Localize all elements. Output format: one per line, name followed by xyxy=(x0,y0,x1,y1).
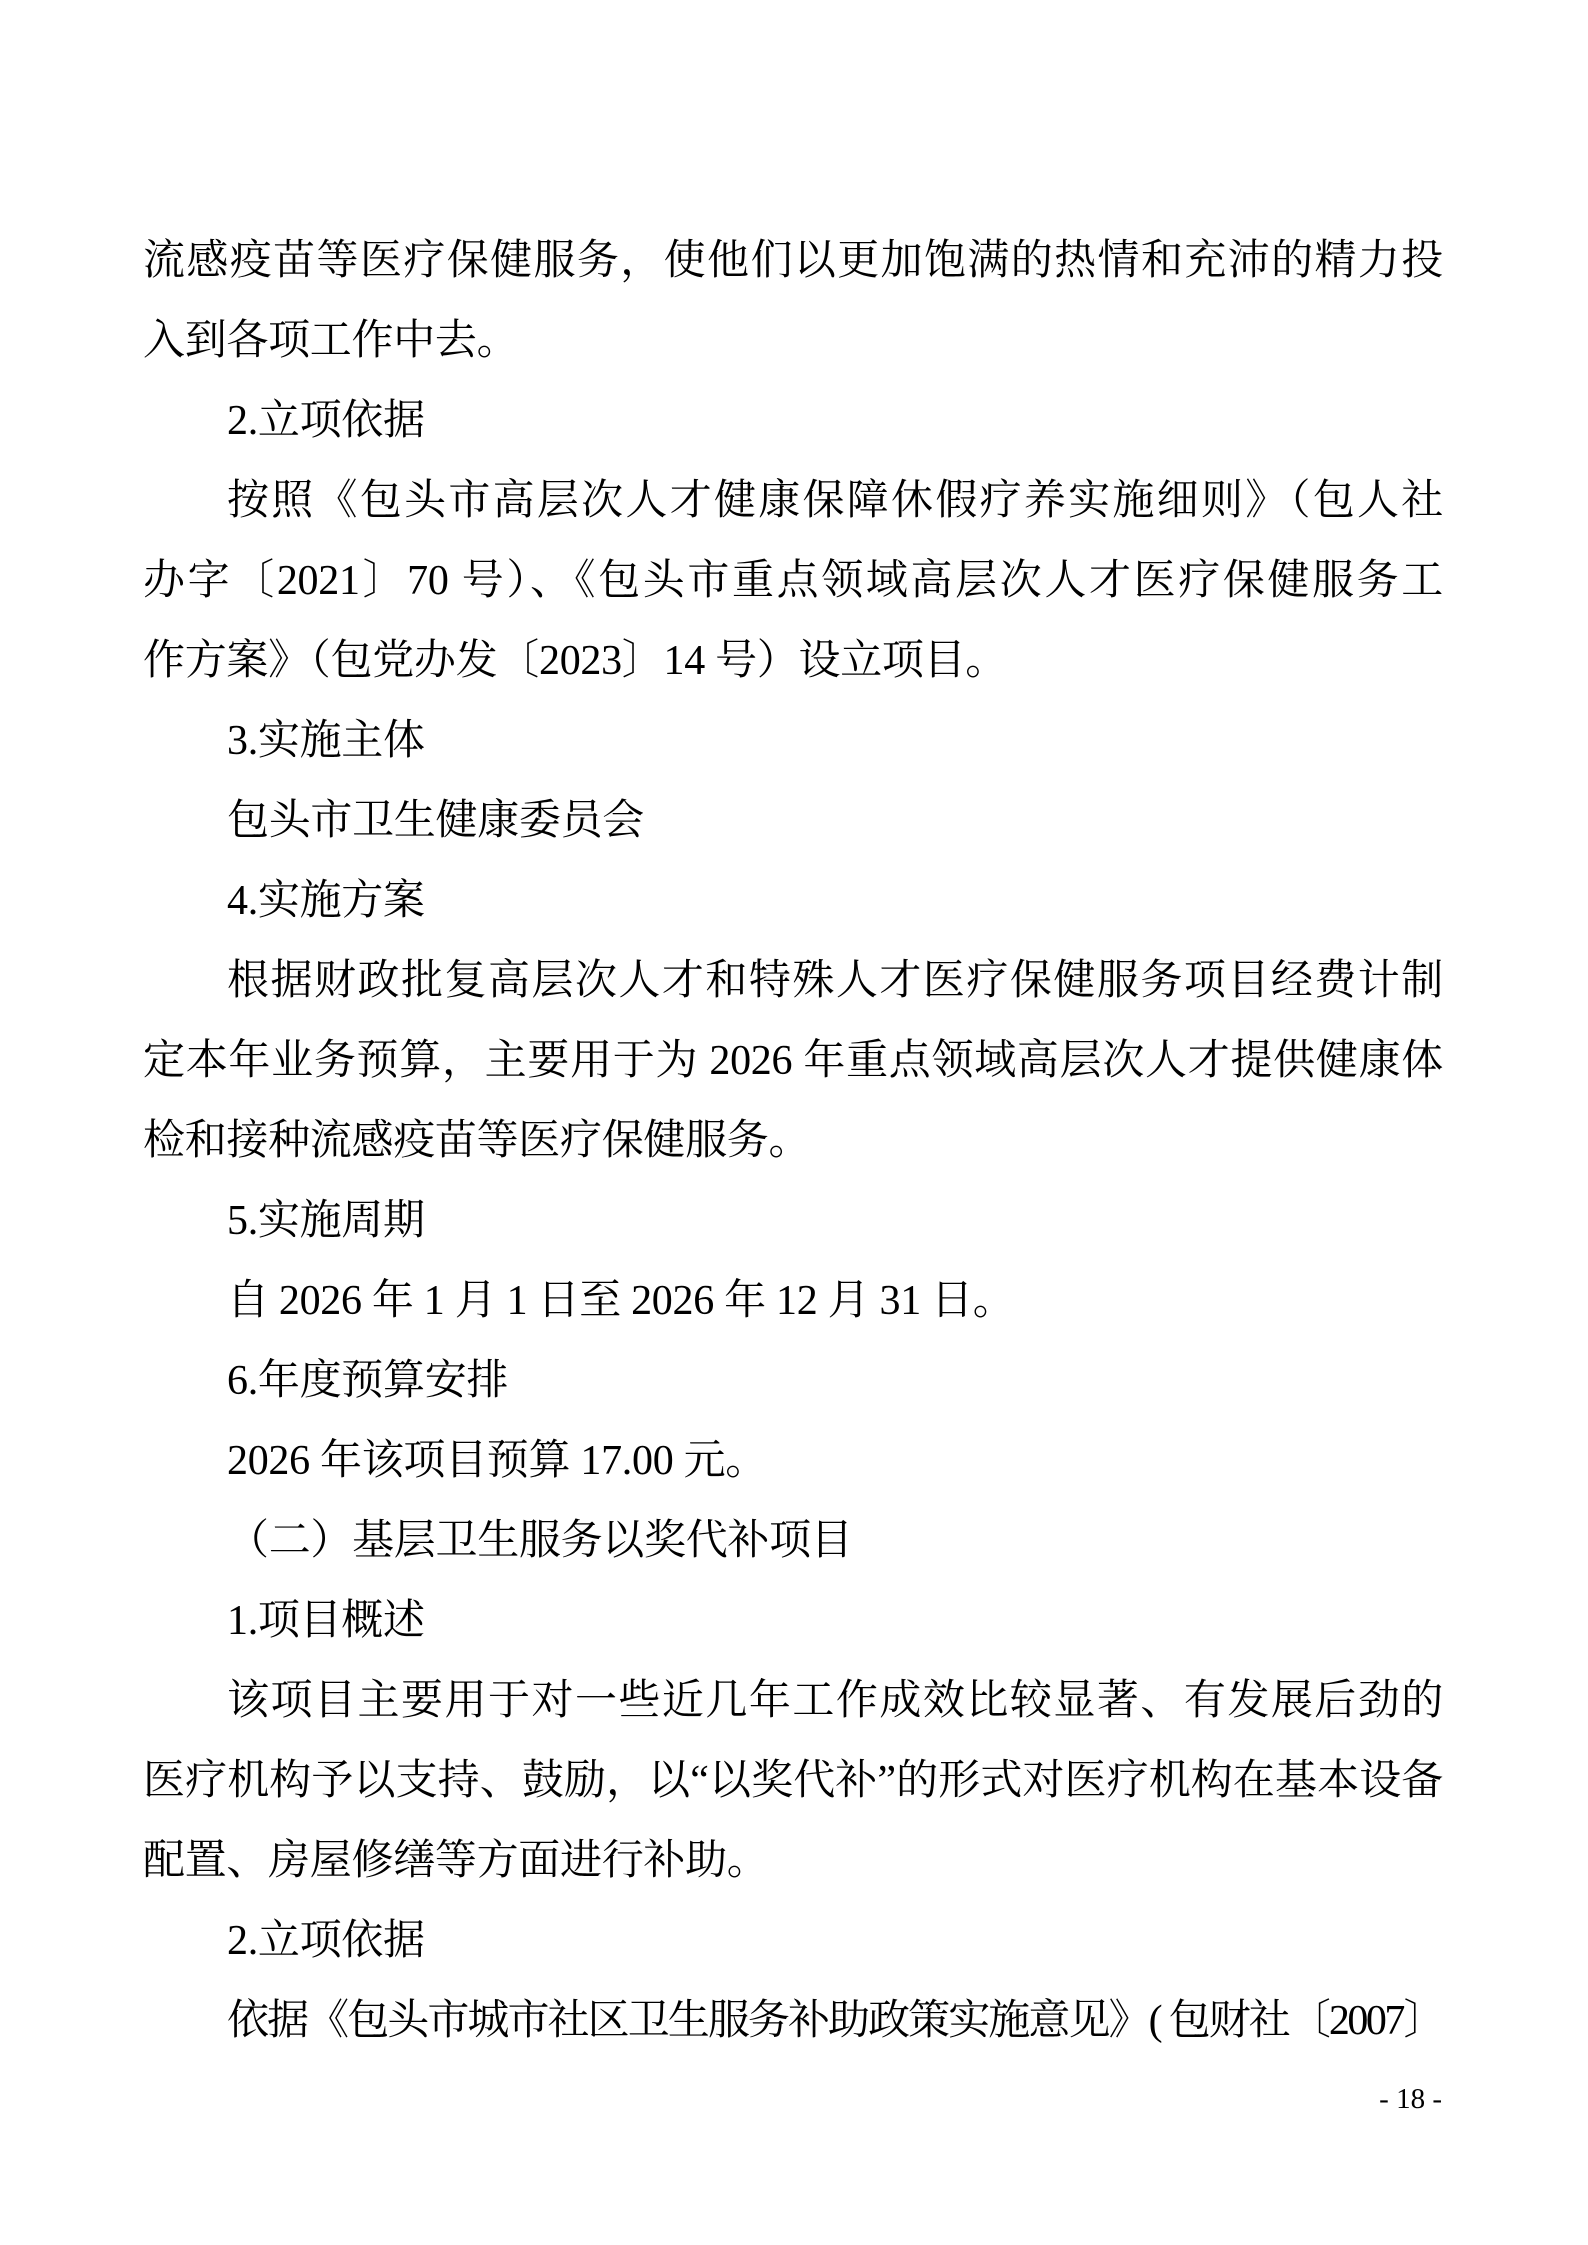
doc-section-heading: （二）基层卫生服务以奖代补项目 xyxy=(143,1501,1443,1581)
doc-heading-item: 2.立项依据 xyxy=(143,1901,1443,1981)
doc-line: 2026 年该项目预算 17.00 元。 xyxy=(143,1421,1443,1501)
doc-heading-item: 4.实施方案 xyxy=(143,861,1443,941)
text-block: 流感疫苗等医疗保健服务，使他们以更加饱满的热情和充沛的精力投 入到各项工作中去。… xyxy=(143,221,1443,2061)
doc-line: 检和接种流感疫苗等医疗保健服务。 xyxy=(143,1101,1443,1181)
doc-heading-item: 3.实施主体 xyxy=(143,701,1443,781)
doc-heading-item: 5.实施周期 xyxy=(143,1181,1443,1261)
doc-heading-item: 2.立项依据 xyxy=(143,381,1443,461)
doc-line: 定本年业务预算，主要用于为 2026 年重点领域高层次人才提供健康体 xyxy=(143,1021,1443,1101)
doc-line: 自 2026 年 1 月 1 日至 2026 年 12 月 31 日。 xyxy=(143,1261,1443,1341)
document-page: 流感疫苗等医疗保健服务，使他们以更加饱满的热情和充沛的精力投 入到各项工作中去。… xyxy=(0,0,1588,2245)
doc-line: 入到各项工作中去。 xyxy=(143,301,1443,381)
page-number: - 18 - xyxy=(1379,2082,1442,2116)
doc-line: 医疗机构予以支持、鼓励，以“以奖代补”的形式对医疗机构在基本设备 xyxy=(143,1741,1443,1821)
doc-line: 包头市卫生健康委员会 xyxy=(143,781,1443,861)
doc-line: 配置、房屋修缮等方面进行补助。 xyxy=(143,1821,1443,1901)
doc-line: 按照《包头市高层次人才健康保障休假疗养实施细则》（包人社 xyxy=(143,461,1443,541)
doc-heading-item: 1.项目概述 xyxy=(143,1581,1443,1661)
doc-line: 作方案》（包党办发〔2023〕14 号）设立项目。 xyxy=(143,621,1443,701)
doc-line: 流感疫苗等医疗保健服务，使他们以更加饱满的热情和充沛的精力投 xyxy=(143,221,1443,301)
doc-heading-item: 6.年度预算安排 xyxy=(143,1341,1443,1421)
doc-line: 办字〔2021〕70 号）、《包头市重点领域高层次人才医疗保健服务工 xyxy=(143,541,1443,621)
doc-line: 该项目主要用于对一些近几年工作成效比较显著、有发展后劲的 xyxy=(143,1661,1443,1741)
doc-line: 依据《包头市城市社区卫生服务补助政策实施意见》( 包财社〔2007〕 xyxy=(143,1981,1443,2061)
doc-line: 根据财政批复高层次人才和特殊人才医疗保健服务项目经费计制 xyxy=(143,941,1443,1021)
